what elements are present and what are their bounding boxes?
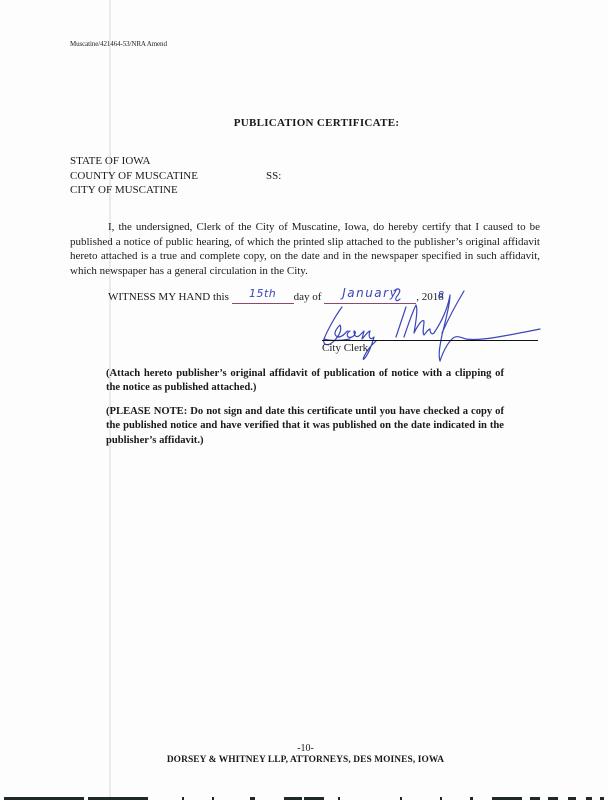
day-handwritten: 15th — [249, 287, 276, 300]
page-number: -10- — [0, 743, 608, 754]
certification-paragraph: I, the undersigned, Clerk of the City of… — [70, 220, 540, 278]
signature-label: City Clerk — [322, 342, 368, 354]
venue-block: STATE OF IOWA COUNTY OF MUSCATINE SS: CI… — [70, 154, 198, 198]
venue-county-row: COUNTY OF MUSCATINE SS: — [70, 169, 198, 184]
document-title: PUBLICATION CERTIFICATE: — [0, 117, 608, 129]
firm-footer: DORSEY & WHITNEY LLP, ATTORNEYS, DES MOI… — [0, 755, 608, 765]
day-blank: 15th — [232, 290, 294, 304]
venue-county: COUNTY OF MUSCATINE — [70, 170, 198, 182]
witness-prefix: WITNESS MY HAND this — [108, 291, 229, 303]
document-reference: Muscatine/421464-53/NRA Amend — [70, 40, 167, 48]
please-note-instruction: (PLEASE NOTE: Do not sign and date this … — [106, 405, 504, 448]
attach-instruction: (Attach hereto publisher’s original affi… — [106, 367, 504, 396]
venue-ss: SS: — [266, 169, 281, 184]
signature-line — [322, 340, 538, 341]
venue-city: CITY OF MUSCATINE — [70, 183, 198, 198]
venue-state: STATE OF IOWA — [70, 154, 198, 169]
